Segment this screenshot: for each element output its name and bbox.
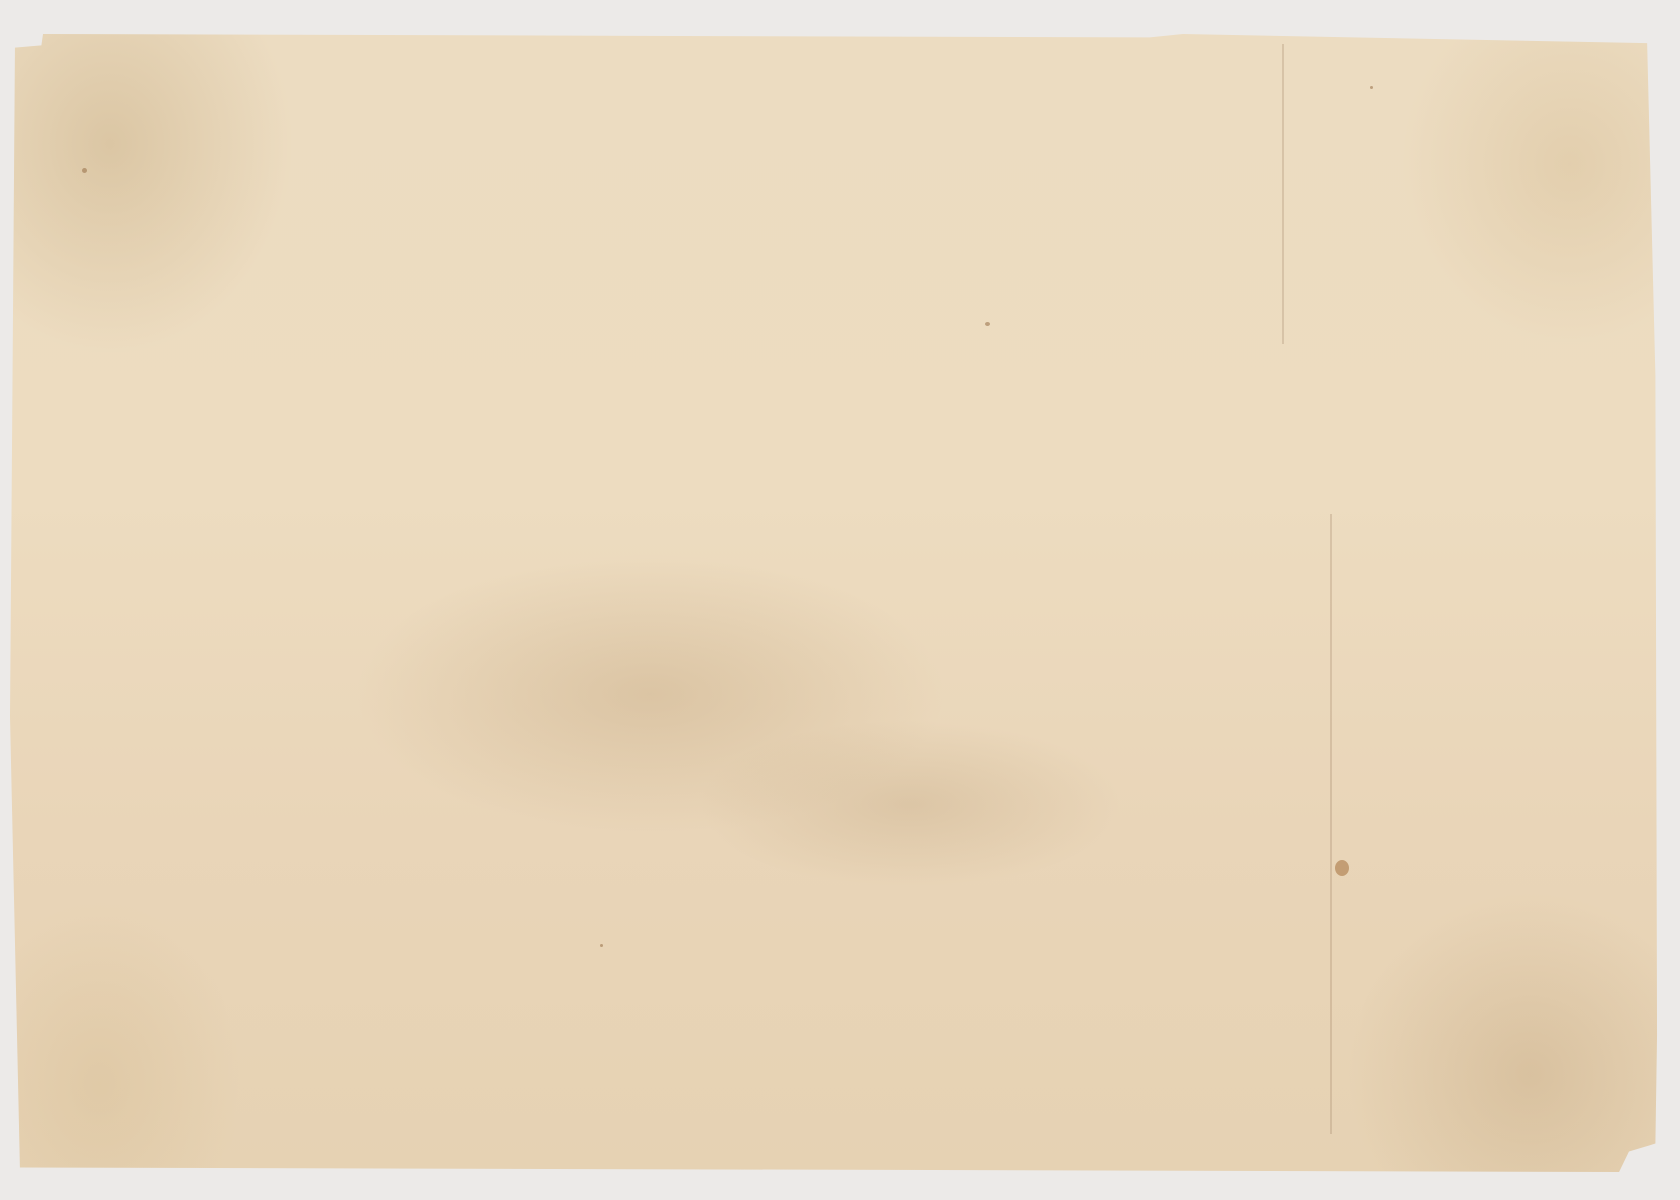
spot-stain: [1370, 86, 1373, 89]
fold-crease: [1282, 44, 1284, 344]
spot-stain: [1335, 860, 1349, 876]
aged-paper-sheet: [10, 34, 1662, 1172]
spot-stain: [600, 944, 603, 947]
spot-stain: [985, 322, 990, 326]
spot-stain: [82, 168, 87, 173]
fold-crease: [1330, 514, 1332, 1134]
